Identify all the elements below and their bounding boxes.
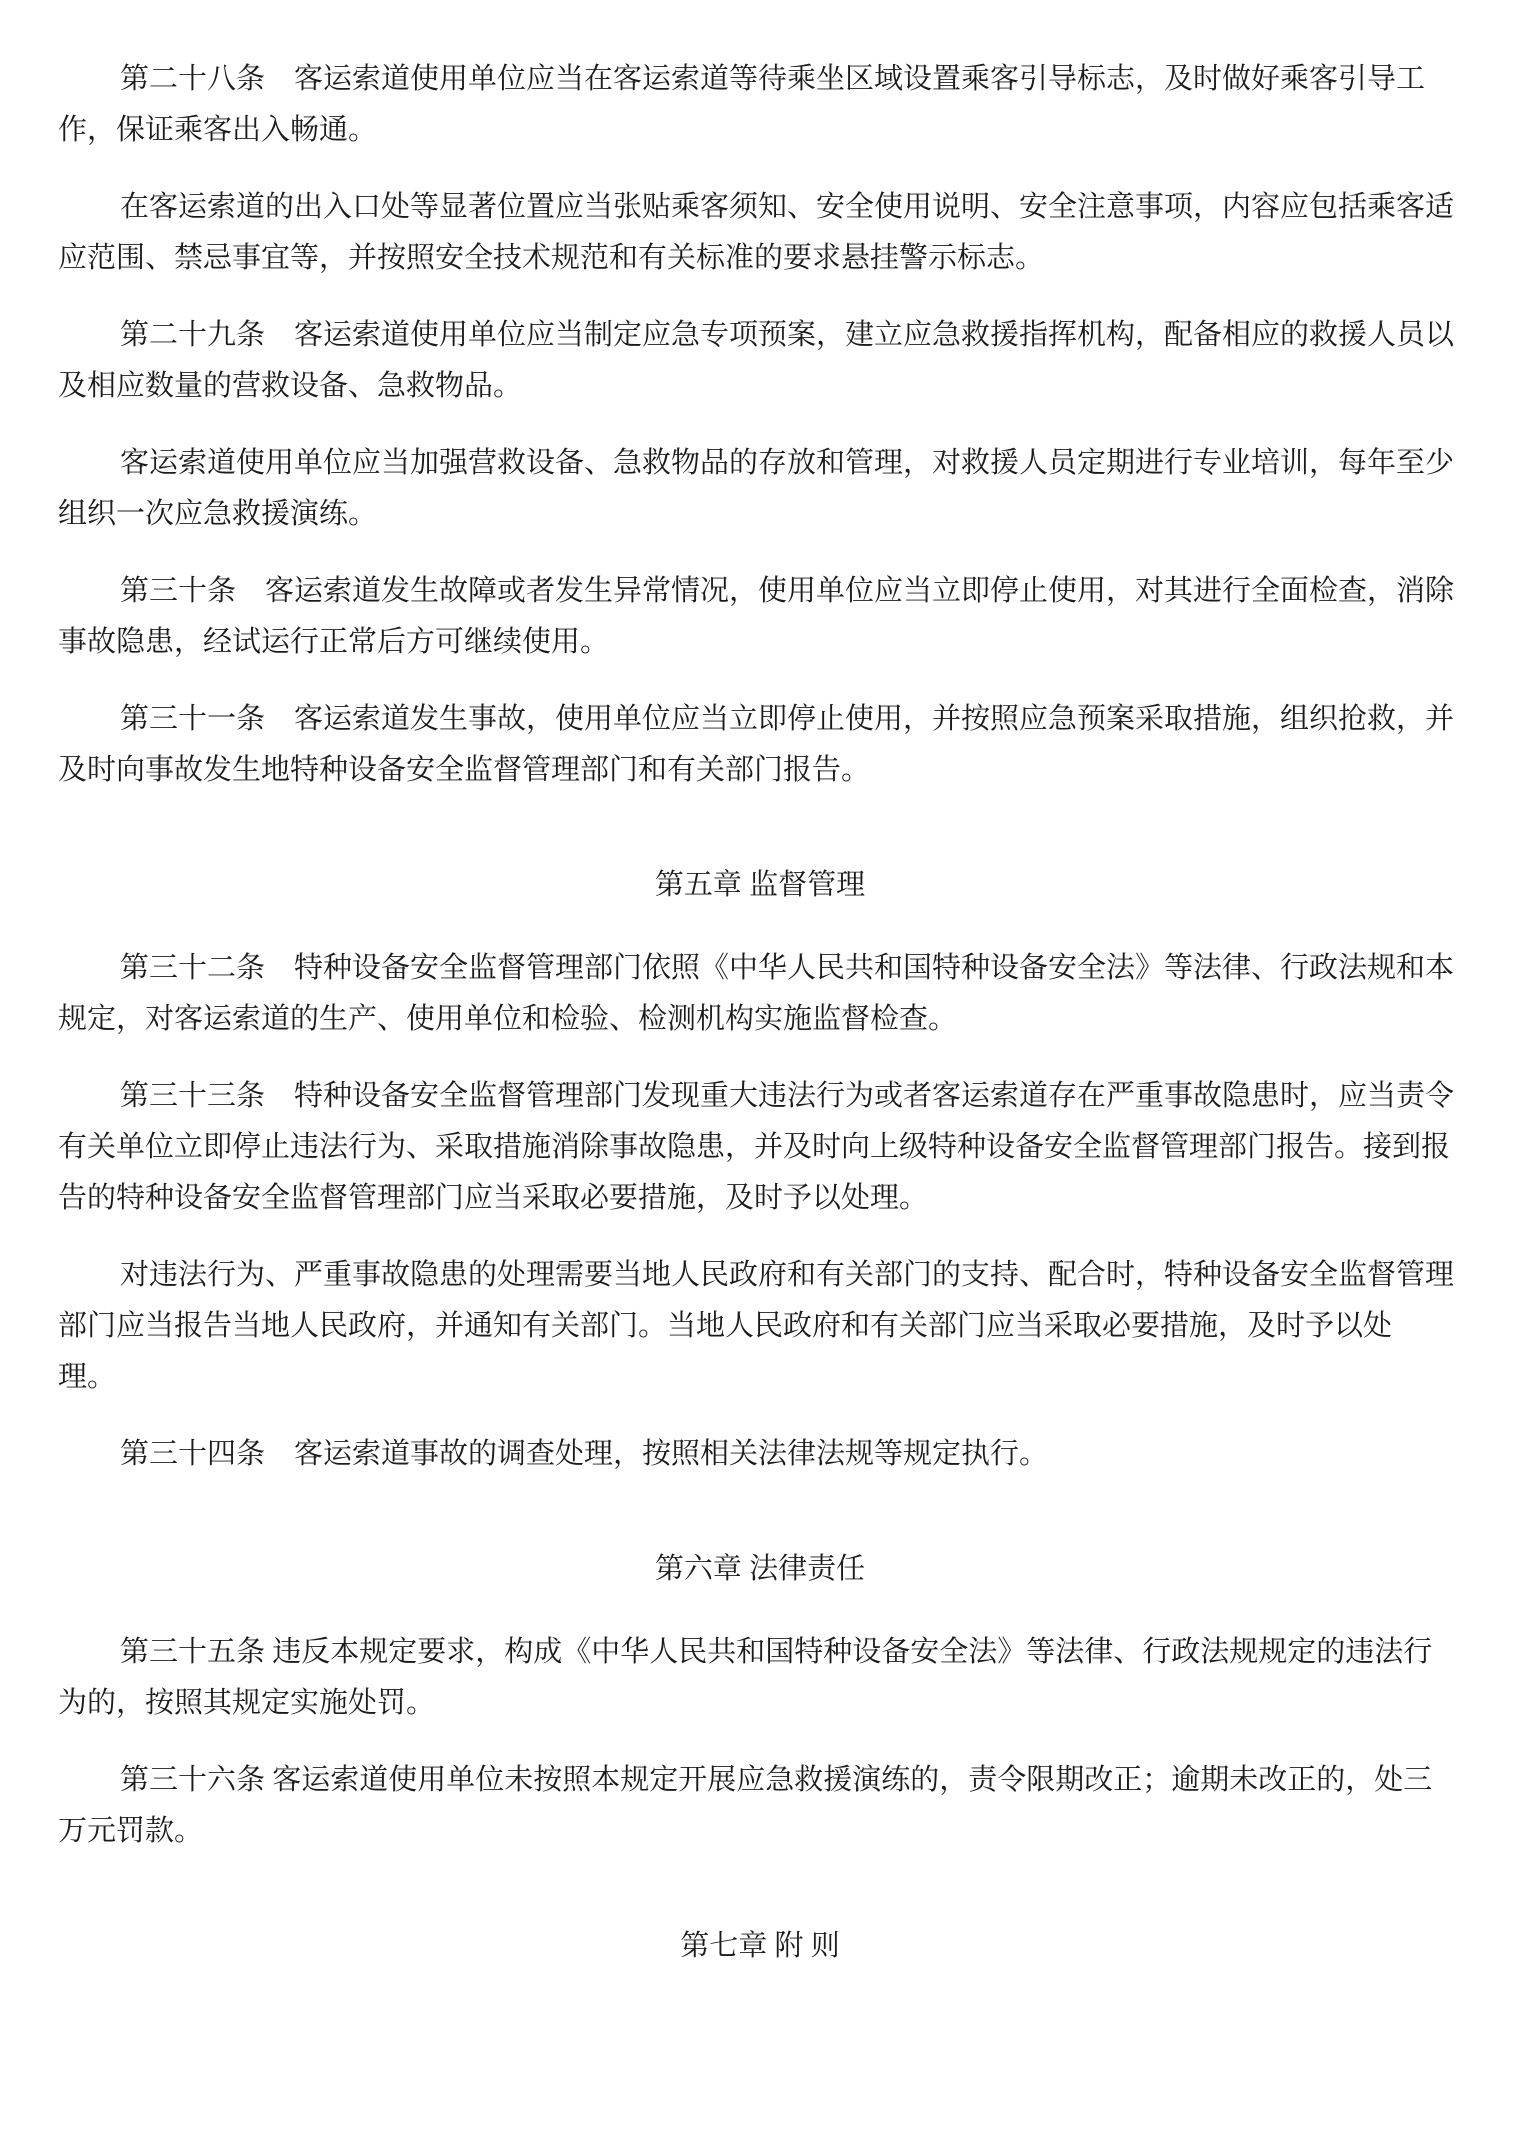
chapter-7-heading: 第七章 附 则 [58, 1921, 1462, 1972]
text-line: 部门应当报告当地人民政府，并通知有关部门。当地人民政府和有关部门应当采取必要措施… [58, 1301, 1462, 1352]
text-line: 第二十九条 客运索道使用单位应当制定应急专项预案，建立应急救援指挥机构，配备相应… [58, 310, 1462, 361]
text-line: 第三十六条 客运索道使用单位未按照本规定开展应急救援演练的，责令限期改正；逾期未… [58, 1755, 1462, 1806]
document-page: 第二十八条 客运索道使用单位应当在客运索道等待乘坐区域设置乘客引导标志，及时做好… [0, 0, 1520, 2150]
text-line: 有关单位立即停止违法行为、采取措施消除事故隐患，并及时向上级特种设备安全监督管理… [58, 1122, 1462, 1173]
chapter-6-heading: 第六章 法律责任 [58, 1544, 1462, 1595]
article-28-para-1: 第二十八条 客运索道使用单位应当在客运索道等待乘坐区域设置乘客引导标志，及时做好… [58, 54, 1462, 156]
article-31: 第三十一条 客运索道发生事故，使用单位应当立即停止使用，并按照应急预案采取措施，… [58, 694, 1462, 796]
text-line: 理。 [58, 1352, 1462, 1403]
text-line: 第三十三条 特种设备安全监督管理部门发现重大违法行为或者客运索道存在严重事故隐患… [58, 1071, 1462, 1122]
text-line: 规定，对客运索道的生产、使用单位和检验、检测机构实施监督检查。 [58, 994, 1462, 1045]
chapter-5-heading: 第五章 监督管理 [58, 860, 1462, 911]
text-line: 第三十条 客运索道发生故障或者发生异常情况，使用单位应当立即停止使用，对其进行全… [58, 566, 1462, 617]
article-35: 第三十五条 违反本规定要求，构成《中华人民共和国特种设备安全法》等法律、行政法规… [58, 1627, 1462, 1729]
text-line: 及时向事故发生地特种设备安全监督管理部门和有关部门报告。 [58, 745, 1462, 796]
article-30: 第三十条 客运索道发生故障或者发生异常情况，使用单位应当立即停止使用，对其进行全… [58, 566, 1462, 668]
text-line: 及相应数量的营救设备、急救物品。 [58, 361, 1462, 412]
article-33-para-1: 第三十三条 特种设备安全监督管理部门发现重大违法行为或者客运索道存在严重事故隐患… [58, 1071, 1462, 1224]
article-29-para-2: 客运索道使用单位应当加强营救设备、急救物品的存放和管理，对救援人员定期进行专业培… [58, 438, 1462, 540]
text-line: 第二十八条 客运索道使用单位应当在客运索道等待乘坐区域设置乘客引导标志，及时做好… [58, 54, 1462, 105]
text-line: 第三十二条 特种设备安全监督管理部门依照《中华人民共和国特种设备安全法》等法律、… [58, 943, 1462, 994]
article-28-para-2: 在客运索道的出入口处等显著位置应当张贴乘客须知、安全使用说明、安全注意事项，内容… [58, 182, 1462, 284]
text-line: 为的，按照其规定实施处罚。 [58, 1678, 1462, 1729]
text-line: 第三十五条 违反本规定要求，构成《中华人民共和国特种设备安全法》等法律、行政法规… [58, 1627, 1462, 1678]
article-29-para-1: 第二十九条 客运索道使用单位应当制定应急专项预案，建立应急救援指挥机构，配备相应… [58, 310, 1462, 412]
article-36: 第三十六条 客运索道使用单位未按照本规定开展应急救援演练的，责令限期改正；逾期未… [58, 1755, 1462, 1857]
text-line: 第三十四条 客运索道事故的调查处理，按照相关法律法规等规定执行。 [58, 1429, 1462, 1480]
text-line: 客运索道使用单位应当加强营救设备、急救物品的存放和管理，对救援人员定期进行专业培… [58, 438, 1462, 489]
text-line: 第三十一条 客运索道发生事故，使用单位应当立即停止使用，并按照应急预案采取措施，… [58, 694, 1462, 745]
text-line: 事故隐患，经试运行正常后方可继续使用。 [58, 617, 1462, 668]
text-line: 作，保证乘客出入畅通。 [58, 105, 1462, 156]
article-33-para-2: 对违法行为、严重事故隐患的处理需要当地人民政府和有关部门的支持、配合时，特种设备… [58, 1250, 1462, 1403]
text-line: 组织一次应急救援演练。 [58, 489, 1462, 540]
text-line: 在客运索道的出入口处等显著位置应当张贴乘客须知、安全使用说明、安全注意事项，内容… [58, 182, 1462, 233]
text-line: 万元罚款。 [58, 1806, 1462, 1857]
article-34: 第三十四条 客运索道事故的调查处理，按照相关法律法规等规定执行。 [58, 1429, 1462, 1480]
text-line: 应范围、禁忌事宜等，并按照安全技术规范和有关标准的要求悬挂警示标志。 [58, 233, 1462, 284]
text-line: 告的特种设备安全监督管理部门应当采取必要措施，及时予以处理。 [58, 1173, 1462, 1224]
text-line: 对违法行为、严重事故隐患的处理需要当地人民政府和有关部门的支持、配合时，特种设备… [58, 1250, 1462, 1301]
article-32: 第三十二条 特种设备安全监督管理部门依照《中华人民共和国特种设备安全法》等法律、… [58, 943, 1462, 1045]
